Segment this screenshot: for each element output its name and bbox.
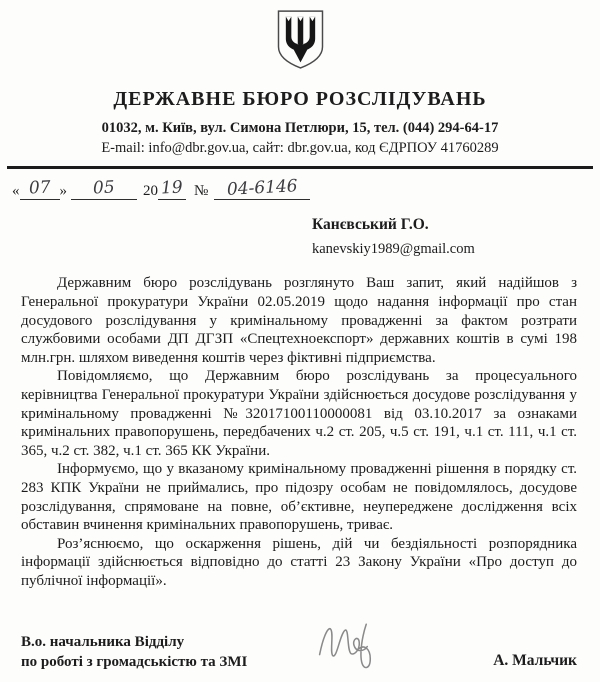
signer-position-line1: В.о. начальника Відділу (21, 632, 281, 652)
number-blank: 04-6146 (214, 178, 310, 200)
letter-body: Державним бюро розслідувань розглянуто В… (21, 274, 577, 590)
letterhead: ДЕРЖАВНЕ БЮРО РОЗСЛІДУВАНЬ 01032, м. Киї… (0, 0, 600, 157)
year-prefix: 20 (143, 183, 158, 199)
day-blank: 07 (20, 178, 60, 200)
handwritten-year: 19 (161, 177, 184, 198)
handwritten-number: 04-6146 (227, 176, 299, 200)
addressee-name: Канєвський Г.О. (312, 214, 600, 236)
month-blank: 05 (71, 178, 137, 200)
addressee-email: kanevskiy1989@gmail.com (312, 239, 600, 260)
organization-name: ДЕРЖАВНЕ БЮРО РОЗСЛІДУВАНЬ (0, 88, 600, 111)
paragraph-4: Роз’яснюємо, що оскарження рішень, дій ч… (21, 535, 577, 591)
signer-position: В.о. начальника Відділу по роботі з гром… (21, 632, 281, 673)
paragraph-3: Інформуємо, що у вказаному кримінальному… (21, 460, 577, 534)
handwritten-month: 05 (93, 177, 116, 198)
handwritten-day: 07 (28, 177, 51, 198)
signer-position-line2: по роботі з громадськістю та ЗМІ (21, 652, 281, 672)
ukraine-trident-emblem-icon (273, 8, 328, 71)
organization-address: 01032, м. Київ, вул. Симона Петлюри, 15,… (0, 120, 600, 137)
signer-name: А. Мальчик (493, 652, 577, 672)
year-blank: 19 (158, 178, 186, 200)
header-divider (7, 166, 593, 169)
handwritten-signature-icon (313, 606, 385, 682)
organization-contacts: E-mail: info@dbr.gov.ua, сайт: dbr.gov.u… (0, 140, 600, 157)
number-sign: № (194, 183, 208, 199)
close-quote-mark: » (60, 183, 68, 199)
signature-block: В.о. начальника Відділу по роботі з гром… (21, 606, 577, 672)
addressee-block: Канєвський Г.О. kanevskiy1989@gmail.com (312, 214, 600, 260)
open-quote-mark: « (12, 183, 20, 199)
reference-line: «07»052019№04-6146 (12, 178, 600, 204)
paragraph-2: Повідомляємо, що Державним бюро розсліду… (21, 367, 577, 460)
letter-page: ДЕРЖАВНЕ БЮРО РОЗСЛІДУВАНЬ 01032, м. Киї… (0, 0, 600, 682)
paragraph-1: Державним бюро розслідувань розглянуто В… (21, 274, 577, 367)
